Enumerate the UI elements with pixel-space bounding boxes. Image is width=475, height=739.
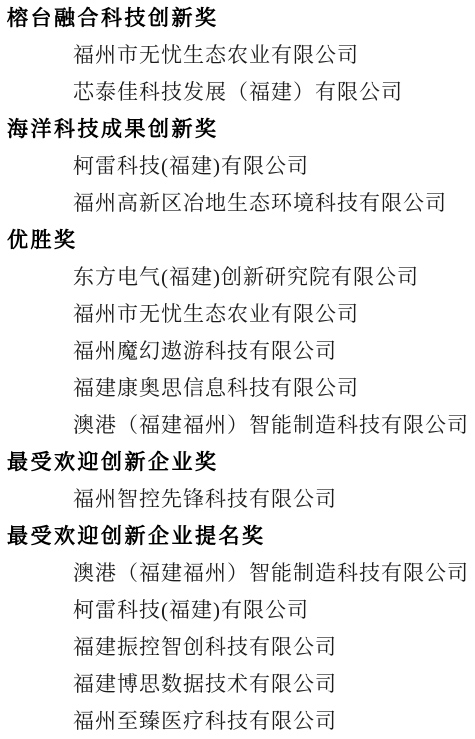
company-name: 芯泰佳科技发展（福建）有限公司 xyxy=(0,74,475,111)
company-name: 东方电气(福建)创新研究院有限公司 xyxy=(0,259,475,296)
section-heading-most-popular-nominee: 最受欢迎创新企业提名奖 xyxy=(0,518,475,555)
company-name: 福州市无忧生态农业有限公司 xyxy=(0,37,475,74)
section-heading-most-popular: 最受欢迎创新企业奖 xyxy=(0,444,475,481)
company-name: 福州市无忧生态农业有限公司 xyxy=(0,296,475,333)
company-name: 柯雷科技(福建)有限公司 xyxy=(0,148,475,185)
company-name: 福州魔幻遨游科技有限公司 xyxy=(0,333,475,370)
section-heading-merit: 优胜奖 xyxy=(0,222,475,259)
company-name: 福建博思数据技术有限公司 xyxy=(0,666,475,703)
company-name: 福州高新区冶地生态环境科技有限公司 xyxy=(0,185,475,222)
company-name: 澳港（福建福州）智能制造科技有限公司 xyxy=(0,407,475,444)
section-heading-marine: 海洋科技成果创新奖 xyxy=(0,111,475,148)
company-name: 福建康奥思信息科技有限公司 xyxy=(0,370,475,407)
section-heading-rongtai: 榕台融合科技创新奖 xyxy=(0,0,475,37)
company-name: 柯雷科技(福建)有限公司 xyxy=(0,592,475,629)
company-name: 福州至臻医疗科技有限公司 xyxy=(0,703,475,739)
company-name: 福州智控先锋科技有限公司 xyxy=(0,481,475,518)
company-name: 澳港（福建福州）智能制造科技有限公司 xyxy=(0,555,475,592)
award-list-document: 榕台融合科技创新奖 福州市无忧生态农业有限公司 芯泰佳科技发展（福建）有限公司 … xyxy=(0,0,475,739)
company-name: 福建振控智创科技有限公司 xyxy=(0,629,475,666)
